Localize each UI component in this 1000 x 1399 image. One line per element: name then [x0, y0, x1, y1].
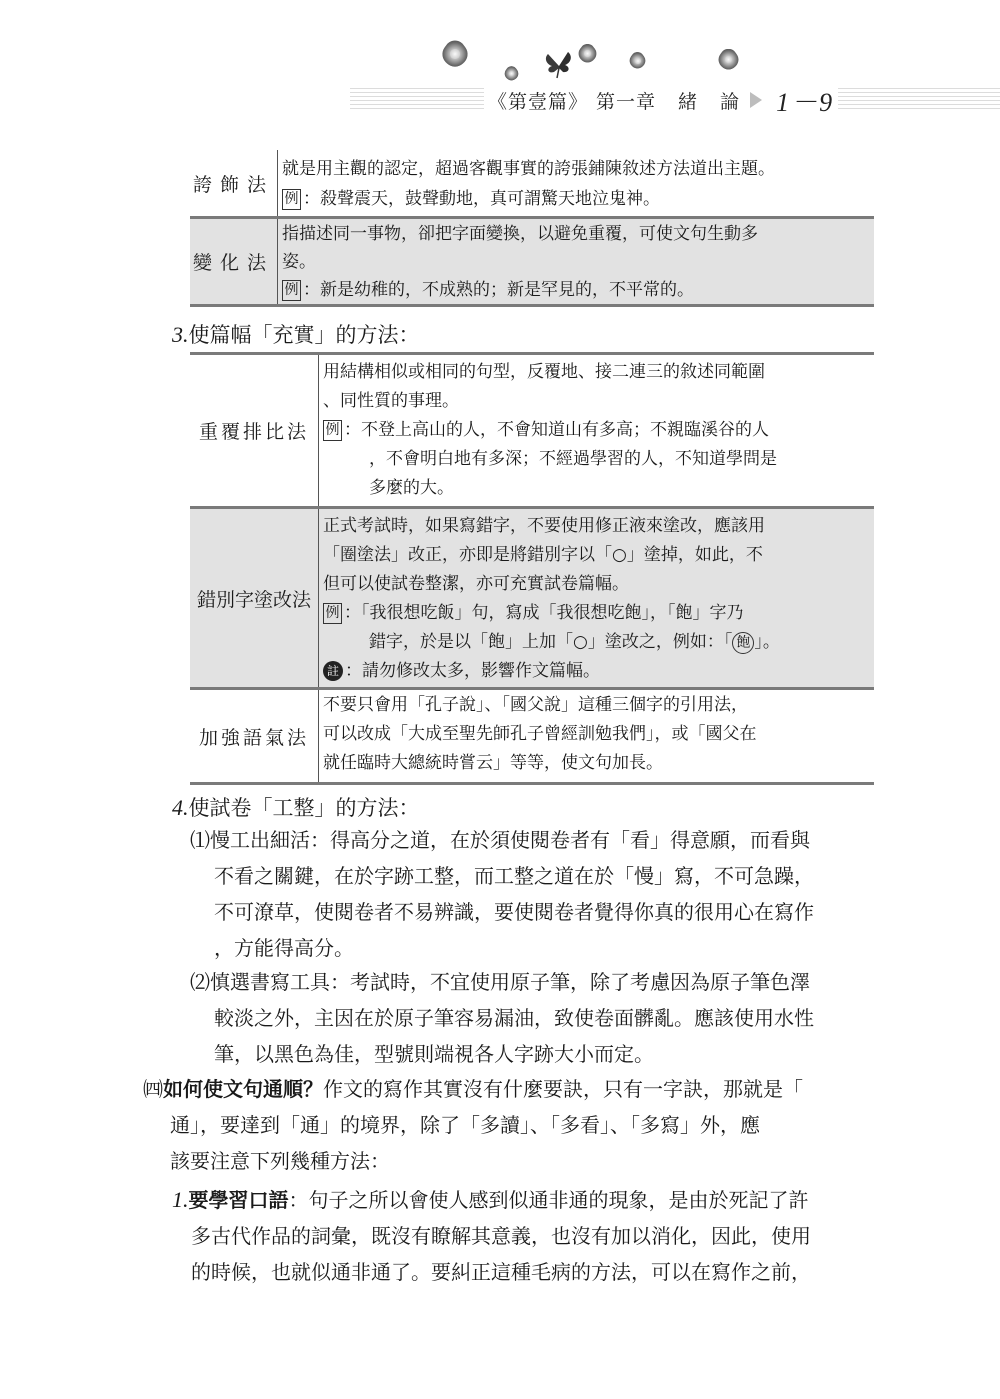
table-row: 變化法 指描述同一事物，卻把字面變換，以避免重覆，可使文句生動多 姿。 例：新是…: [190, 219, 874, 307]
flower-icon: [579, 45, 596, 62]
row-content: 指描述同一事物，卻把字面變換，以避免重覆，可使文句生動多 姿。 例：新是幼稚的，…: [278, 219, 874, 304]
subsection-1: 1.要學習口語：句子之所以會使人感到似通非通的現象，是由於死記了許 多古代作品的…: [172, 1182, 811, 1290]
flower-icon: [630, 53, 645, 68]
subsection-text: ：句子之所以會使人感到似通非通的現象，是由於死記了許: [289, 1188, 809, 1212]
circled-character: 飽: [732, 632, 754, 654]
example-line: 多麼的大。: [323, 474, 870, 503]
note-icon: 註: [323, 661, 343, 681]
subsection-text: 多古代作品的詞彙，既沒有瞭解其意義，也沒有加以消化，因此，使用: [172, 1218, 811, 1254]
list-item-lead: 慢工出細活: [210, 828, 310, 852]
subsection-text: 的時候，也就似通非通了。要糾正這種毛病的方法，可以在寫作之前，: [172, 1254, 811, 1290]
example-tag: 例: [323, 603, 342, 624]
definition-line: 可以改成「大成至聖先師孔子曾經訓勉我們」，或「國父在: [323, 720, 870, 749]
row-label: 重覆排比法: [190, 355, 319, 506]
flower-icon: [719, 50, 738, 69]
definition-line: 、同性質的事理。: [323, 387, 870, 416]
subsection-number: 1.: [172, 1187, 189, 1212]
list-item-text: 不看之關鍵，在於字跡工整，而工整之道在於「慢」寫，不可急躁，: [190, 858, 814, 894]
row-label: 變化法: [190, 219, 278, 304]
list-item-text: ：得高分之道，在於須使閱卷者有「看」得意願，而看與: [310, 828, 810, 852]
section-four-text: 作文的寫作其實沒有什麼要訣，只有一字訣，那就是「: [323, 1077, 803, 1101]
subsection-line: 1.要學習口語：句子之所以會使人感到似通非通的現象，是由於死記了許: [172, 1182, 811, 1218]
section-four-text: 該要注意下列幾種方法：: [143, 1143, 803, 1179]
list-item-text: ，方能得高分。: [190, 930, 814, 966]
rhetoric-table-continued: 誇飾法 就是用主觀的認定，超過客觀事實的誇張鋪陳敘述方法道出主題。 例：殺聲震天…: [190, 150, 874, 307]
definition-line: 姿。: [282, 248, 870, 276]
section-number: 3.: [172, 322, 189, 347]
example-text: 錯字，於是以「飽」上加「○」塗改之，例如：「: [369, 632, 732, 652]
note: 註：請勿修改太多，影響作文篇幅。: [323, 657, 870, 686]
list-item-line: ⑴慢工出細活：得高分之道，在於須使閱卷者有「看」得意願，而看與: [190, 822, 814, 858]
page-number: 1－9: [776, 82, 834, 119]
example: 例：新是幼稚的，不成熟的；新是罕見的，不平常的。: [282, 276, 870, 304]
section-number: 4.: [172, 795, 189, 820]
row-label: 錯別字塗改法: [190, 509, 319, 687]
list-item-text: ：考試時，不宜使用原子筆，除了考慮因為原子筆色澤: [330, 970, 810, 994]
row-content: 正式考試時，如果寫錯字，不要使用修正液來塗改，應該用 「圈塗法」改正，亦即是將錯…: [319, 509, 874, 687]
example-text: 」。: [754, 632, 780, 652]
example: 例：不登上高山的人，不會知道山有多高；不親臨溪谷的人: [323, 416, 870, 445]
running-header: 《第壹篇》 第一章 緒 論 1－9: [350, 88, 1000, 112]
header-chapter-title-1: 緒: [678, 87, 698, 114]
definition-line: 正式考試時，如果寫錯字，不要使用修正液來塗改，應該用: [323, 512, 870, 541]
section-heading: 3.使篇幅「充實」的方法：: [172, 319, 420, 349]
note-text: ：請勿修改太多，影響作文篇幅。: [345, 661, 600, 681]
fullness-methods-table: 重覆排比法 用結構相似或相同的句型，反覆地、接二連三的敘述同範圍 、同性質的事理…: [190, 352, 874, 785]
example-text: ：不登上高山的人，不會知道山有多高；不親臨溪谷的人: [344, 420, 769, 440]
example-tag: 例: [323, 420, 342, 441]
example-tag: 例: [282, 280, 301, 301]
list-item: ⑴慢工出細活：得高分之道，在於須使閱卷者有「看」得意願，而看與 不看之關鍵，在於…: [190, 822, 814, 966]
table-row: 誇飾法 就是用主觀的認定，超過客觀事實的誇張鋪陳敘述方法道出主題。 例：殺聲震天…: [190, 150, 874, 219]
list-item-text: 不可潦草，使閱卷者不易辨識，要使閱卷者覺得你真的很用心在寫作: [190, 894, 814, 930]
list-item-line: ⑵慎選書寫工具：考試時，不宜使用原子筆，除了考慮因為原子筆色澤: [190, 964, 814, 1000]
section-title: 使試卷「工整」的方法：: [189, 796, 420, 820]
section-four: ㈣如何使文句通順？作文的寫作其實沒有什麼要訣，只有一字訣，那就是「 通」，要達到…: [143, 1071, 803, 1179]
flower-icon: [443, 42, 467, 66]
row-label: 加強語氣法: [190, 690, 319, 782]
section-title: 使篇幅「充實」的方法：: [189, 323, 420, 347]
example-text: ：新是幼稚的，不成熟的；新是罕見的，不平常的。: [303, 280, 694, 300]
header-text: 《第壹篇》 第一章 緒 論 1－9: [484, 87, 838, 113]
subsection-title: 要學習口語: [189, 1188, 289, 1212]
header-chapter: 第一章: [596, 87, 656, 114]
header-book: 《第壹篇》: [488, 87, 588, 114]
butterfly-icon: [542, 50, 576, 80]
example-line: ，不會明白地有多深；不經過學習的人，不知道學問是: [323, 445, 870, 474]
row-content: 用結構相似或相同的句型，反覆地、接二連三的敘述同範圍 、同性質的事理。 例：不登…: [319, 355, 874, 506]
header-decoration: [0, 0, 1000, 90]
list-item: ⑵慎選書寫工具：考試時，不宜使用原子筆，除了考慮因為原子筆色澤 較淡之外，主因在…: [190, 964, 814, 1072]
row-label: 誇飾法: [190, 150, 278, 216]
example-line: 錯字，於是以「飽」上加「○」塗改之，例如：「飽」。: [323, 628, 870, 657]
triangle-arrow-icon: [750, 92, 762, 108]
definition-line: 就任臨時大總統時嘗云」等等，使文句加長。: [323, 749, 870, 778]
list-item-lead: 慎選書寫工具: [210, 970, 330, 994]
example-tag: 例: [282, 189, 301, 210]
table-row: 重覆排比法 用結構相似或相同的句型，反覆地、接二連三的敘述同範圍 、同性質的事理…: [190, 355, 874, 509]
definition-line: 但可以使試卷整潔，亦可充實試卷篇幅。: [323, 570, 870, 599]
row-content: 就是用主觀的認定，超過客觀事實的誇張鋪陳敘述方法道出主題。 例：殺聲震天，鼓聲動…: [278, 150, 874, 216]
definition-line: 用結構相似或相同的句型，反覆地、接二連三的敘述同範圍: [323, 358, 870, 387]
definition: 就是用主觀的認定，超過客觀事實的誇張鋪陳敘述方法道出主題。: [282, 154, 870, 184]
list-item-text: 較淡之外，主因在於原子筆容易漏油，致使卷面髒亂。應該使用水性: [190, 1000, 814, 1036]
example-text: ：「我很想吃飯」句，寫成「我很想吃飽」，「飽」字乃: [344, 603, 744, 623]
section-marker: ㈣: [143, 1077, 163, 1101]
section-four-text: 通」，要達到「通」的境界，除了「多讀」、「多看」、「多寫」外，應: [143, 1107, 803, 1143]
list-item-text: 筆，以黑色為佳，型號則端視各人字跡大小而定。: [190, 1036, 814, 1072]
section-four-line: ㈣如何使文句通順？作文的寫作其實沒有什麼要訣，只有一字訣，那就是「: [143, 1071, 803, 1107]
table-row: 錯別字塗改法 正式考試時，如果寫錯字，不要使用修正液來塗改，應該用 「圈塗法」改…: [190, 509, 874, 690]
section-heading: 4.使試卷「工整」的方法：: [172, 792, 420, 822]
row-content: 不要只會用「孔子說」、「國父說」這種三個字的引用法， 可以改成「大成至聖先師孔子…: [319, 690, 874, 782]
example-text: ：殺聲震天，鼓聲動地，真可謂驚天地泣鬼神。: [303, 189, 660, 209]
table-row: 加強語氣法 不要只會用「孔子說」、「國父說」這種三個字的引用法， 可以改成「大成…: [190, 690, 874, 785]
section-four-title: 如何使文句通順？: [163, 1077, 323, 1101]
example: 例：「我很想吃飯」句，寫成「我很想吃飽」，「飽」字乃: [323, 599, 870, 628]
header-chapter-title-2: 論: [720, 87, 740, 114]
list-marker: ⑵: [190, 970, 210, 994]
example: 例：殺聲震天，鼓聲動地，真可謂驚天地泣鬼神。: [282, 184, 870, 214]
definition-line: 「圈塗法」改正，亦即是將錯別字以「○」塗掉，如此，不: [323, 541, 870, 570]
definition-line: 不要只會用「孔子說」、「國父說」這種三個字的引用法，: [323, 691, 870, 720]
list-marker: ⑴: [190, 828, 210, 852]
flower-icon: [505, 67, 518, 80]
definition-line: 指描述同一事物，卻把字面變換，以避免重覆，可使文句生動多: [282, 220, 870, 248]
